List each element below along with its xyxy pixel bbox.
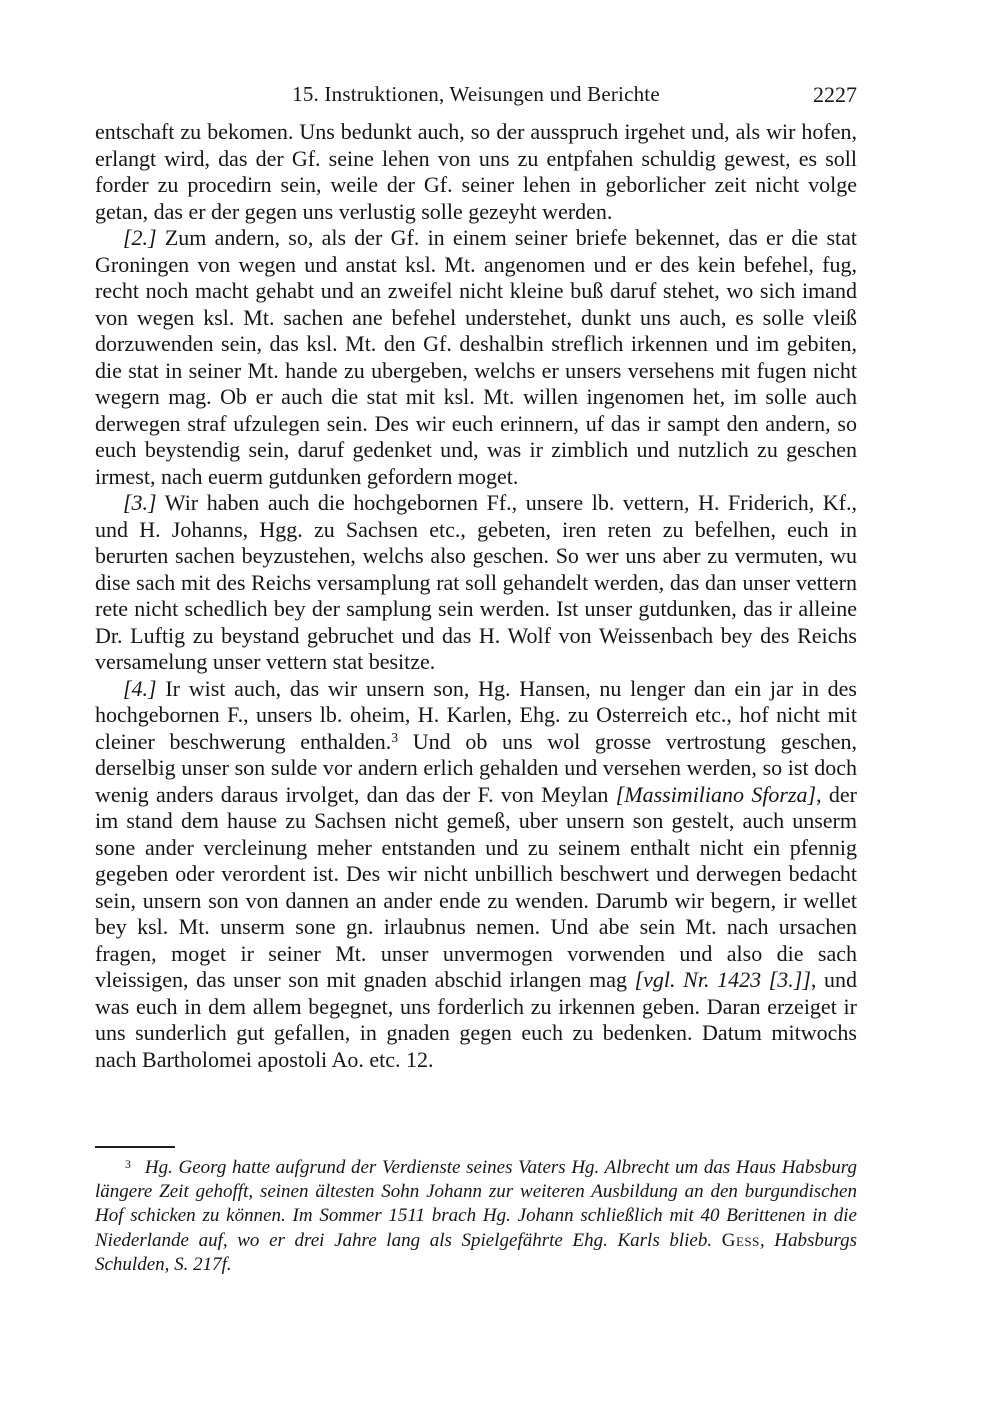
text-run: [4.] — [123, 676, 157, 701]
body-paragraph-3: [3.] Wir haben auch die hochgebornen Ff.… — [95, 490, 857, 676]
footnote-list: 3Hg. Georg hatte aufgrund der Verdienste… — [95, 1156, 857, 1277]
footnote-reference: 3 — [391, 730, 398, 745]
body-paragraph-4: [4.] Ir wist auch, das wir unsern son, H… — [95, 676, 857, 1074]
footnote-section: 3Hg. Georg hatte aufgrund der Verdienste… — [95, 1146, 857, 1277]
text-run: Wir haben auch die hochgebornen Ff., uns… — [95, 490, 857, 674]
body-paragraph-1: entschaft zu bekomen. Uns bedunkt auch, … — [95, 119, 857, 225]
text-run: Zum andern, so, als der Gf. in einem sei… — [95, 225, 857, 489]
text-run: , der im stand dem hause zu Sachsen nich… — [95, 782, 857, 993]
footnote-marker: 3 — [125, 1158, 131, 1171]
document-body: entschaft zu bekomen. Uns bedunkt auch, … — [95, 119, 857, 1073]
text-run: Gess — [722, 1230, 760, 1251]
footnote-3: 3Hg. Georg hatte aufgrund der Verdienste… — [95, 1156, 857, 1277]
text-run: [3.] — [123, 490, 157, 515]
text-run: [Massimiliano Sforza] — [616, 782, 816, 807]
text-run: [vgl. Nr. 1423 [3.]] — [635, 967, 811, 992]
running-head: 15. Instruktionen, Weisungen und Bericht… — [95, 82, 857, 110]
footnote-separator — [95, 1146, 175, 1148]
text-run: [2.] — [123, 225, 157, 250]
running-head-title: 15. Instruktionen, Weisungen und Bericht… — [95, 82, 857, 107]
text-run: entschaft zu bekomen. Uns bedunkt auch, … — [95, 119, 857, 224]
book-page: 15. Instruktionen, Weisungen und Bericht… — [0, 0, 1004, 1418]
page-number: 2227 — [813, 82, 857, 108]
body-paragraph-2: [2.] Zum andern, so, als der Gf. in eine… — [95, 225, 857, 490]
